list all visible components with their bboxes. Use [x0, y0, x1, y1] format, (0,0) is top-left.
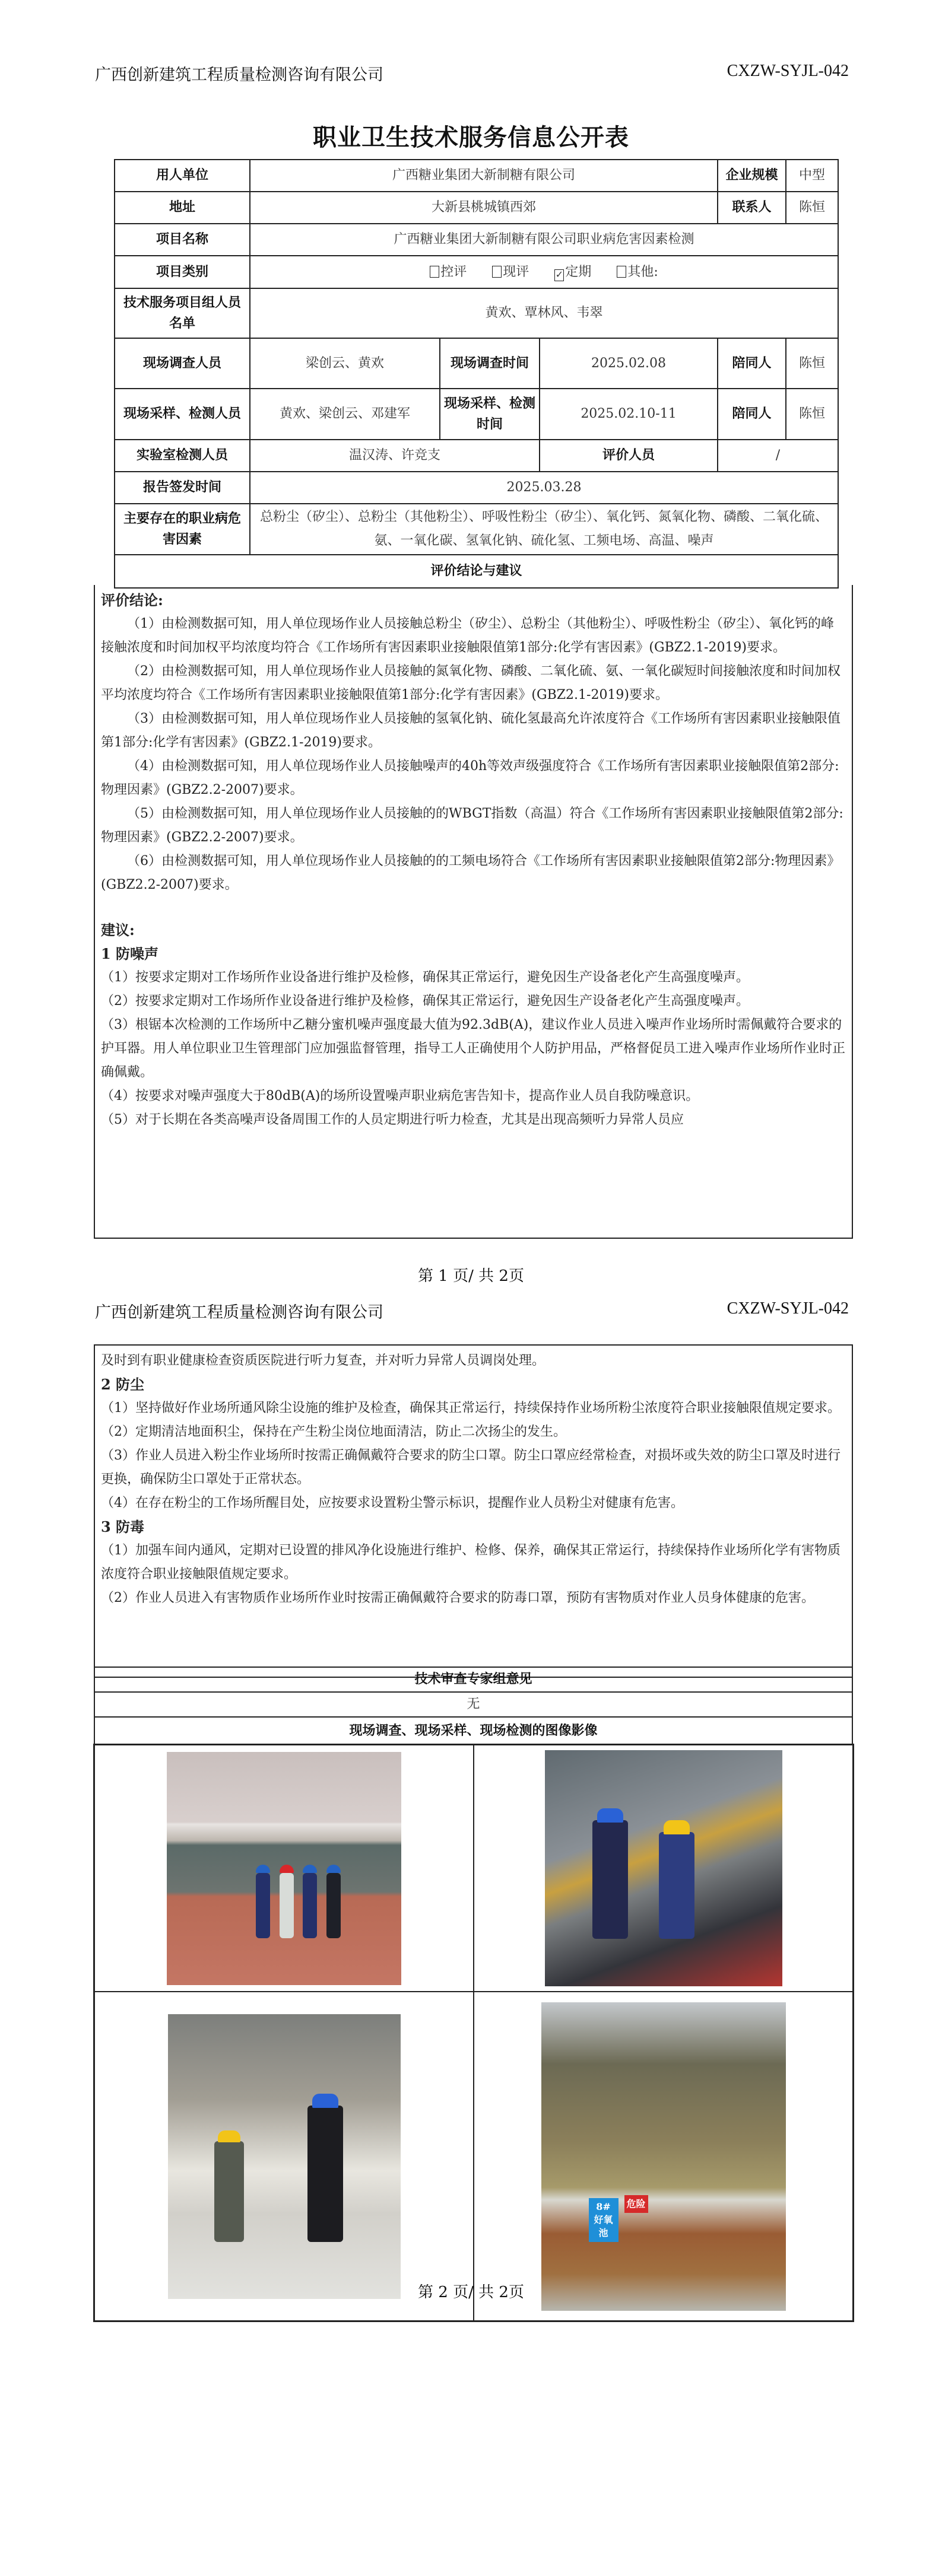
document-title: 职业卫生技术服务信息公开表: [0, 119, 942, 152]
escort-value-2: 陈恒: [786, 389, 838, 440]
expert-opinion-value: 无: [94, 1692, 852, 1717]
noise-item-5: （5）对于长期在各类高噪声设备周围工作的人员定期进行听力检查，尤其是出现高频听力…: [101, 1108, 846, 1132]
doc-code: CXZW-SYJL-042: [727, 62, 849, 85]
employer-value: 广西糖业集团大新制糖有限公司: [250, 160, 718, 192]
evaluator-value: /: [718, 440, 838, 472]
team-label: 技术服务项目组人员名单: [115, 288, 250, 338]
project-type-options: 控评 现评 ✓定期 其他:: [250, 256, 838, 288]
site-aerobic-pond-photo: 8# 好氧池 危险: [541, 2002, 786, 2311]
photo-cell-1: [94, 1745, 474, 1992]
info-table: 用人单位 广西糖业集团大新制糖有限公司 企业规模 中型 地址 大新县桃城镇西郊 …: [114, 159, 839, 589]
hazards-value: 总粉尘（矽尘）、总粉尘（其他粉尘）、呼吸性粉尘（矽尘）、氧化钙、氮氧化物、磷酸、…: [250, 504, 838, 555]
noise-heading: 1 防噪声: [101, 942, 846, 966]
sampling-staff-label: 现场采样、检测人员: [115, 389, 250, 440]
photo-cell-2: [474, 1745, 853, 1992]
conclusion-item-1: （1）由检测数据可知，用人单位现场作业人员接触总粉尘（矽尘）、总粉尘（其他粉尘）…: [101, 612, 846, 660]
contact-value: 陈恒: [786, 192, 838, 224]
survey-staff-value: 梁创云、黄欢: [250, 338, 440, 389]
dust-item-4: （4）在存在粉尘的工作场所醒目处，应按要求设置粉尘警示标识，提醒作业人员粉尘对健…: [101, 1491, 846, 1515]
conclusion-item-5: （5）由检测数据可知，用人单位现场作业人员接触的的WBGT指数（高温）符合《工作…: [101, 802, 846, 850]
company-name: 广西创新建筑工程质量检测咨询有限公司: [95, 62, 383, 85]
escort-label-2: 陪同人: [718, 389, 786, 440]
site-survey-group-photo: [167, 1752, 401, 1985]
sampling-time-value: 2025.02.10-11: [540, 389, 718, 440]
checkbox-icon[interactable]: [492, 266, 502, 278]
survey-staff-label: 现场调查人员: [115, 338, 250, 389]
toxic-item-1: （1）加强车间内通风，定期对已设置的排风净化设施进行维护、检修、保养，确保其正常…: [101, 1539, 846, 1586]
company-name: 广西创新建筑工程质量检测咨询有限公司: [95, 1299, 383, 1322]
noise-item-1: （1）按要求定期对工作场所作业设备进行维护及检修，确保其正常运行，避免因生产设备…: [101, 966, 846, 990]
site-dust-testing-photo: [168, 2014, 401, 2299]
expert-opinion-title: 技术审查专家组意见: [94, 1667, 852, 1692]
address-label: 地址: [115, 192, 250, 224]
photo-cell-3: [94, 1992, 474, 2321]
survey-time-label: 现场调查时间: [440, 338, 540, 389]
report-date-value: 2025.03.28: [250, 472, 838, 504]
photo-grid: 8# 好氧池 危险: [93, 1744, 854, 2322]
conclusion-heading: 评价结论:: [101, 589, 846, 612]
address-value: 大新县桃城镇西郊: [250, 192, 718, 224]
conclusion-item-6: （6）由检测数据可知，用人单位现场作业人员接触的的工频电场符合《工作场所有害因素…: [101, 850, 846, 897]
dust-item-2: （2）定期清洁地面积尘，保持在产生粉尘岗位地面清洁，防止二次扬尘的发生。: [101, 1420, 846, 1444]
checkbox-checked-icon[interactable]: ✓: [554, 269, 564, 281]
project-name-value: 广西糖业集团大新制糖有限公司职业病危害因素检测: [250, 224, 838, 256]
suggestions-heading: 建议:: [101, 918, 846, 942]
dust-item-3: （3）作业人员进入粉尘作业场所时按需正确佩戴符合要求的防尘口罩。防尘口罩应经常检…: [101, 1444, 846, 1491]
option-other[interactable]: 其他:: [617, 265, 658, 279]
conclusion-item-3: （3）由检测数据可知，用人单位现场作业人员接触的氢氧化钠、硫化氢最高允许浓度符合…: [101, 707, 846, 755]
suggestions-continued-box: 及时到有职业健康检查资质医院进行听力复查，并对听力异常人员调岗处理。 2 防尘 …: [94, 1344, 853, 1678]
sampling-time-label: 现场采样、检测时间: [440, 389, 540, 440]
page-footer-2: 第 2 页/ 共 2页: [0, 2280, 942, 2302]
page-footer-1: 第 1 页/ 共 2页: [0, 1264, 942, 1286]
toxic-item-2: （2）作业人员进入有害物质作业场所作业时按需正确佩戴符合要求的防毒口罩，预防有害…: [101, 1586, 846, 1610]
photos-section-title: 现场调查、现场采样、现场检测的图像影像: [94, 1717, 852, 1745]
lab-staff-label: 实验室检测人员: [115, 440, 250, 472]
project-type-label: 项目类别: [115, 256, 250, 288]
photo-cell-4: 8# 好氧池 危险: [474, 1992, 853, 2321]
contact-label: 联系人: [718, 192, 786, 224]
noise-item-2: （2）按要求定期对工作场所作业设备进行维护及检修，确保其正常运行，避免因生产设备…: [101, 990, 846, 1013]
conclusion-and-suggestions-box: 评价结论: （1）由检测数据可知，用人单位现场作业人员接触总粉尘（矽尘）、总粉尘…: [94, 585, 853, 1239]
team-value: 黄欢、覃林风、韦翠: [250, 288, 838, 338]
lab-staff-value: 温汉涛、许竞支: [250, 440, 540, 472]
option-dingqi[interactable]: ✓定期: [554, 265, 591, 279]
page-header-1: 广西创新建筑工程质量检测咨询有限公司 CXZW-SYJL-042: [95, 62, 849, 85]
project-name-label: 项目名称: [115, 224, 250, 256]
conclusion-item-4: （4）由检测数据可知，用人单位现场作业人员接触噪声的40h等效声级强度符合《工作…: [101, 755, 846, 802]
noise-item-5-continued: 及时到有职业健康检查资质医院进行听力复查，并对听力异常人员调岗处理。: [101, 1349, 846, 1373]
escort-label: 陪同人: [718, 338, 786, 389]
checkbox-icon[interactable]: [617, 266, 626, 278]
sampling-staff-value: 黄欢、梁创云、邓建军: [250, 389, 440, 440]
dust-heading: 2 防尘: [101, 1373, 846, 1397]
danger-sign: 危险: [624, 2195, 648, 2213]
page-header-2: 广西创新建筑工程质量检测咨询有限公司 CXZW-SYJL-042: [95, 1299, 849, 1322]
site-sampling-photo: [545, 1750, 782, 1986]
noise-item-3: （3）根锯本次检测的工作场所中乙糖分蜜机噪声强度最大值为92.3dB(A)，建议…: [101, 1013, 846, 1085]
evaluator-label: 评价人员: [540, 440, 718, 472]
noise-item-4: （4）按要求对噪声强度大于80dB(A)的场所设置噪声职业病危害告知卡，提高作业…: [101, 1085, 846, 1108]
report-date-label: 报告签发时间: [115, 472, 250, 504]
survey-time-value: 2025.02.08: [540, 338, 718, 389]
checkbox-icon[interactable]: [430, 266, 439, 278]
conclusion-section-title: 评价结论与建议: [115, 555, 838, 588]
conclusion-item-2: （2）由检测数据可知，用人单位现场作业人员接触的氮氧化物、磷酸、二氧化硫、氨、一…: [101, 660, 846, 707]
option-kongping[interactable]: 控评: [430, 265, 467, 279]
doc-code: CXZW-SYJL-042: [727, 1299, 849, 1322]
escort-value: 陈恒: [786, 338, 838, 389]
expert-table: 技术审查专家组意见 无 现场调查、现场采样、现场检测的图像影像: [94, 1667, 853, 1745]
employer-label: 用人单位: [115, 160, 250, 192]
scale-value: 中型: [786, 160, 838, 192]
pond-sign: 8# 好氧池: [589, 2198, 619, 2242]
toxic-heading: 3 防毒: [101, 1515, 846, 1539]
hazards-label: 主要存在的职业病危害因素: [115, 504, 250, 555]
option-xianping[interactable]: 现评: [492, 265, 529, 279]
dust-item-1: （1）坚持做好作业场所通风除尘设施的维护及检查，确保其正常运行，持续保持作业场所…: [101, 1397, 846, 1420]
scale-label: 企业规模: [718, 160, 786, 192]
